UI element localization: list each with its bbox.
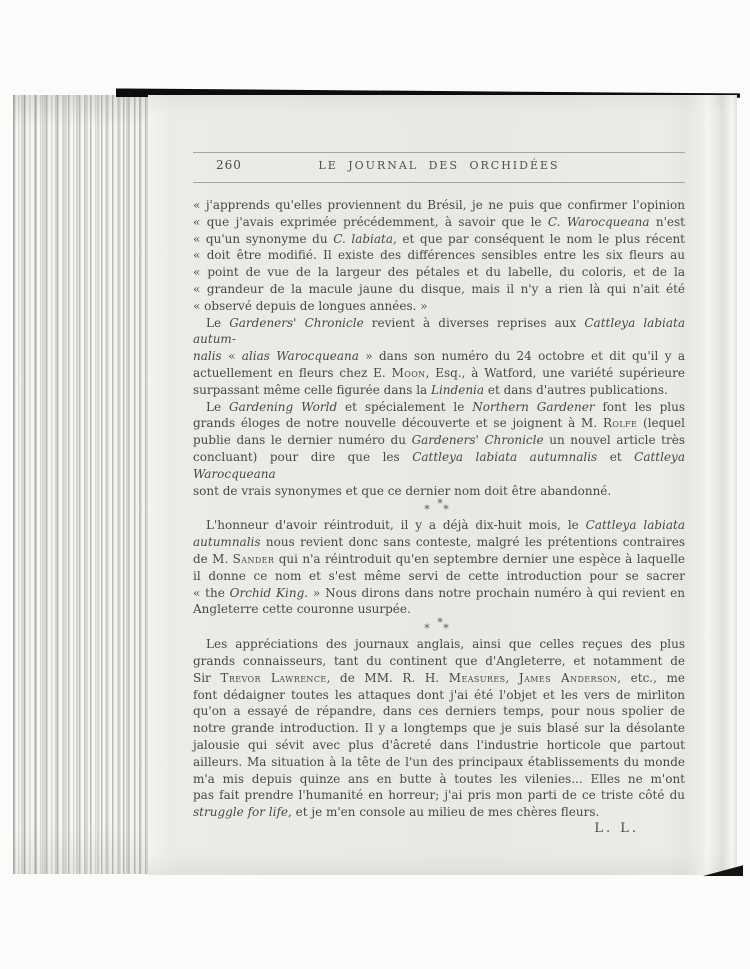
text-line: qu'on a essayé de répandre, dans ces der…: [193, 703, 685, 720]
text-line: ailleurs. Ma situation à la tête de l'un…: [193, 754, 685, 771]
text-line: grands éloges de notre nouvelle découver…: [193, 415, 685, 432]
text-line: « the Orchid King. » Nous dirons dans no…: [193, 585, 685, 602]
text-line: notre grande introduction. Il y a longte…: [193, 720, 685, 737]
text-line: L'honneur d'avoir réintroduit, il y a dé…: [193, 517, 685, 534]
scanned-book-photo: 260 LE JOURNAL DES ORCHIDÉES « j'apprend…: [0, 0, 750, 969]
text-line: pas fait prendre l'humanité en horreur; …: [193, 787, 685, 804]
text-line: grands connaisseurs, tant du continent q…: [193, 653, 685, 670]
author-signature: L. L.: [193, 821, 685, 838]
text-line: jalousie qui sévit avec plus d'âcreté da…: [193, 737, 685, 754]
text-line: de M. Sander qui n'a réintroduit qu'en s…: [193, 551, 685, 568]
text-line: « grandeur de la macule jaune du disque,…: [193, 281, 685, 298]
text-line: « j'apprends qu'elles proviennent du Bré…: [193, 197, 685, 214]
paragraph: Les appréciations des journaux anglais, …: [193, 636, 685, 821]
text-line: Les appréciations des journaux anglais, …: [193, 636, 685, 653]
text-line: publie dans le dernier numéro du Gardene…: [193, 432, 685, 449]
text-line: « observé depuis de longues années. »: [193, 298, 685, 315]
asterism-separator: ** *: [193, 620, 685, 635]
text-line: Sir Trevor Lawrence, de MM. R. H. Measur…: [193, 670, 685, 687]
header-rule-top: [193, 152, 685, 153]
text-line: concluant) pour dire que les Cattleya la…: [193, 449, 685, 483]
stacked-page-edges-texture: [13, 95, 150, 874]
text-line: Le Gardening World et spécialement le No…: [193, 399, 685, 416]
header-rule-bottom: [193, 182, 685, 183]
text-line: Le Gardeners' Chronicle revient à divers…: [193, 315, 685, 349]
text-line: m'a mis depuis quinze ans en butte à tou…: [193, 771, 685, 788]
text-line: nalis « alias Warocqueana » dans son num…: [193, 348, 685, 365]
text-line: « qu'un synonyme du C. labiata, et que p…: [193, 231, 685, 248]
text-line: struggle for life, et je m'en console au…: [193, 804, 685, 821]
book-page: 260 LE JOURNAL DES ORCHIDÉES « j'apprend…: [148, 95, 737, 875]
text-line: font dédaigner toutes les attaques dont …: [193, 687, 685, 704]
text-line: « doit être modifié. Il existe des diffé…: [193, 247, 685, 264]
journal-title: LE JOURNAL DES ORCHIDÉES: [193, 159, 685, 172]
text-line: autumnalis nous revient donc sans contes…: [193, 534, 685, 551]
text-line: « que j'avais exprimée précédemment, à s…: [193, 214, 685, 231]
paragraph: L'honneur d'avoir réintroduit, il y a dé…: [193, 517, 685, 618]
asterism-separator: ** *: [193, 501, 685, 516]
text-line: « point de vue de la largeur des pétales…: [193, 264, 685, 281]
text-line: surpassant même celle figurée dans la Li…: [193, 382, 685, 399]
text-line: il donne ce nom et s'est même servi de c…: [193, 568, 685, 585]
text-line: actuellement en fleurs chez E. Moon, Esq…: [193, 365, 685, 382]
paragraph: « j'apprends qu'elles proviennent du Bré…: [193, 197, 685, 315]
page-content: 260 LE JOURNAL DES ORCHIDÉES « j'apprend…: [193, 152, 685, 838]
body-text: « j'apprends qu'elles proviennent du Bré…: [193, 197, 685, 821]
paragraph: Le Gardening World et spécialement le No…: [193, 399, 685, 500]
paragraph: Le Gardeners' Chronicle revient à divers…: [193, 315, 685, 399]
running-head: 260 LE JOURNAL DES ORCHIDÉES: [193, 158, 685, 174]
